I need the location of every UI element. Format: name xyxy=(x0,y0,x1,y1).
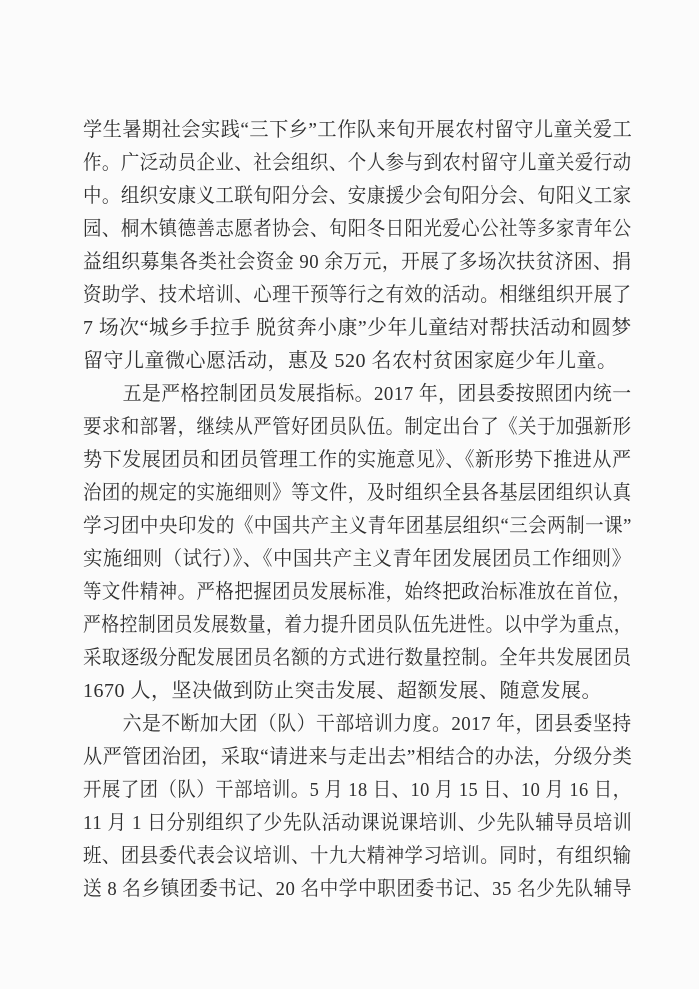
document-line: 治团的规定的实施细则》等文件，及时组织全县各基层团组织认真 xyxy=(83,477,590,510)
document-line: 势下发展团员和团员管理工作的实施意见》、《新形势下推进从严 xyxy=(83,444,607,477)
document-line: 学生暑期社会实践“三下乡”工作队来旬开展农村留守儿童关爱工 xyxy=(83,114,610,147)
document-line: 送 8 名乡镇团委书记、20 名中学中职团委书记、35 名少先队辅导 xyxy=(83,873,596,906)
document-body: 学生暑期社会实践“三下乡”工作队来旬开展农村留守儿童关爱工作。广泛动员企业、社会… xyxy=(83,114,632,906)
document-line: 要求和部署，继续从严管好团员队伍。制定出台了《关于加强新形 xyxy=(83,411,590,444)
document-line: 实施细则（试行）》、《中国共产主义青年团发展团员工作细则》 xyxy=(83,543,616,576)
document-line: 7 场次“城乡手拉手 脱贫奔小康”少年儿童结对帮扶活动和圆梦 xyxy=(83,312,628,345)
document-line: 作。广泛动员企业、社会组织、个人参与到农村留守儿童关爱行动 xyxy=(83,147,590,180)
document-line: 班、团县委代表会议培训、十九大精神学习培训。同时，有组织输 xyxy=(83,840,590,873)
document-line: 园、桐木镇德善志愿者协会、旬阳冬日阳光爱心公社等多家青年公 xyxy=(83,213,590,246)
document-line: 资助学、技术培训、心理干预等行之有效的活动。相继组织开展了 xyxy=(83,279,590,312)
document-line: 益组织募集各类社会资金 90 余万元，开展了多场次扶贫济困、捐 xyxy=(83,246,597,279)
document-line: 六是不断加大团（队）干部培训力度。2017 年，团县委坚持 xyxy=(83,708,601,741)
document-line: 等文件精神。严格把握团员发展标准，始终把政治标准放在首位， xyxy=(83,576,590,609)
document-line: 学习团中央印发的《中国共产主义青年团基层组织“三会两制一课” xyxy=(83,510,591,543)
document-line: 从严管团治团，采取“请进来与走出去”相结合的办法，分级分类 xyxy=(83,741,610,774)
document-line: 1670 人，坚决做到防止突击发展、超额发展、随意发展。 xyxy=(83,675,632,708)
document-line: 中。组织安康义工联旬阳分会、安康援少会旬阳分会、旬阳义工家 xyxy=(83,180,590,213)
document-line: 11 月 1 日分别组织了少先队活动课说课培训、少先队辅导员培训 xyxy=(83,807,603,840)
document-page: 学生暑期社会实践“三下乡”工作队来旬开展农村留守儿童关爱工作。广泛动员企业、社会… xyxy=(0,0,699,989)
document-line: 开展了团（队）干部培训。5 月 18 日、10 月 15 日、10 月 16 日… xyxy=(83,774,589,807)
document-line: 五是严格控制团员发展指标。2017 年，团县委按照团内统一 xyxy=(83,378,601,411)
document-line: 留守儿童微心愿活动，惠及 520 名农村贫困家庭少年儿童。 xyxy=(83,345,632,378)
document-line: 采取逐级分配发展团员名额的方式进行数量控制。全年共发展团员 xyxy=(83,642,590,675)
document-line: 严格控制团员发展数量，着力提升团员队伍先进性。以中学为重点， xyxy=(83,609,573,642)
